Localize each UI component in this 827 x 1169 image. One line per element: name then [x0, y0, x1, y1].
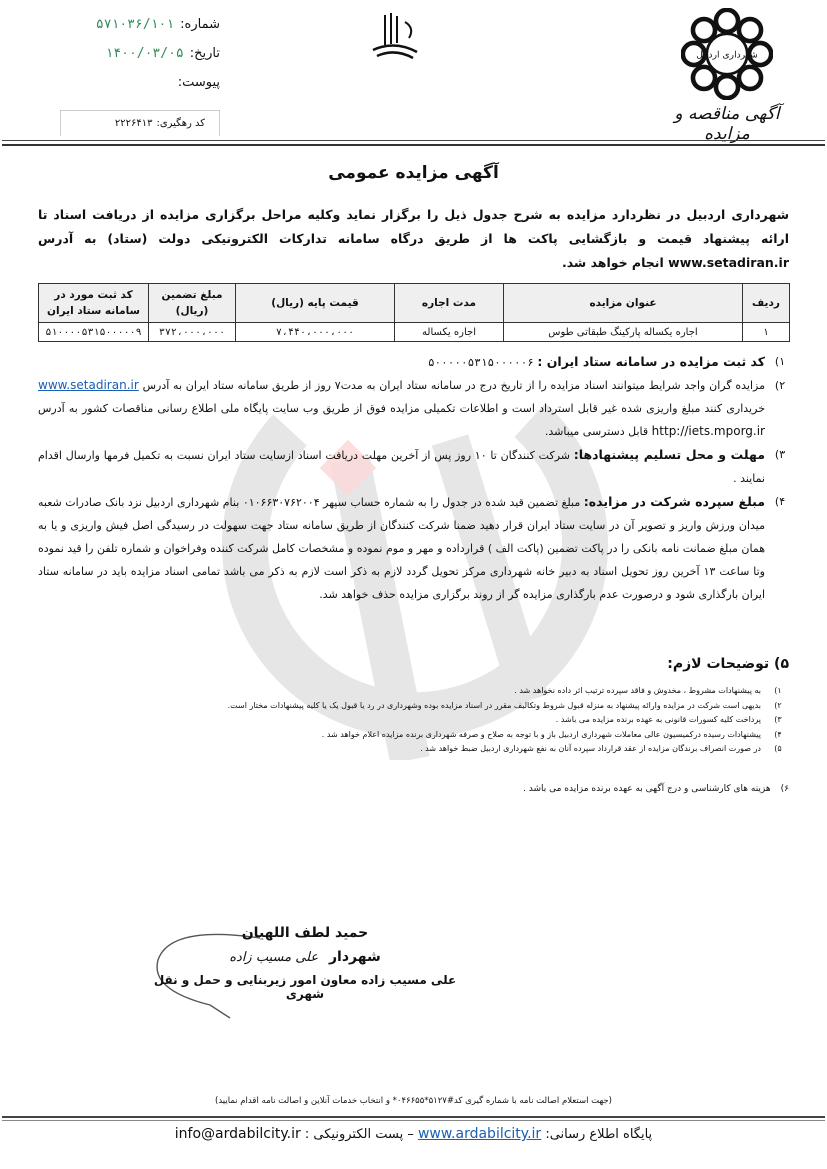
- col-base-price: قیمت پایه (ریال): [236, 284, 395, 323]
- letter-attachment: پیوست:: [60, 68, 220, 97]
- email-link[interactable]: info@ardabilcity.ir: [175, 1126, 301, 1142]
- conditions-list: ۱) کد ثبت مزایده در سامانه ستاد ایران : …: [38, 350, 789, 606]
- footer-contact: پایگاه اطلاع رسانی: www.ardabilcity.ir –…: [0, 1126, 827, 1142]
- list-item: ۶) هزینه های کارشناسی و درج آگهی به عهده…: [523, 784, 789, 794]
- list-item: ۳) مهلت و محل تسلیم پیشنهادها: شرکت کنند…: [38, 443, 789, 490]
- notes-list: ۱)به پیشنهادات مشروط ، مخدوش و فاقد سپرد…: [100, 684, 789, 757]
- header-divider-thick: [2, 144, 825, 146]
- signer-role: شهردار علی مسیب زاده: [150, 949, 460, 965]
- iets-link[interactable]: http://iets.mporg.ir: [652, 424, 765, 438]
- list-item: ۱)به پیشنهادات مشروط ، مخدوش و فاقد سپرد…: [100, 684, 789, 699]
- table-row: ۱ اجاره یکساله پارکینگ طبقاتی طوس اجاره …: [39, 323, 790, 342]
- letter-meta: شماره: ۵۷۱۰۳۶/۱۰۱ تاریخ: ۱۴۰۰/۰۳/۰۵ پیوس…: [60, 10, 220, 97]
- list-item: ۳)پرداخت کلیه کسورات قانونی به عهده برند…: [100, 713, 789, 728]
- setadiran-link[interactable]: www.setadiran.ir: [38, 378, 139, 392]
- calligraphy-icon: [365, 10, 425, 65]
- svg-text:شهرداری اردبیل: شهرداری اردبیل: [696, 50, 758, 61]
- notes-heading: ۵) توضیحات لازم:: [667, 656, 789, 672]
- tracking-code-box: کد رهگیری: ۲۲۲۶۴۱۳: [60, 110, 220, 136]
- footer-divider-thin: [2, 1120, 825, 1121]
- auction-table: ردیف عنوان مزایده مدت اجاره قیمت پایه (ر…: [38, 283, 790, 342]
- deputy-signature-line: علی مسیب زاده معاون امور زیربنایی و حمل …: [150, 973, 460, 1001]
- col-setad-code: کد ثبت مورد در سامانه ستاد ایران: [39, 284, 149, 323]
- handwritten-signature: علی مسیب زاده: [229, 950, 318, 965]
- letter-date: تاریخ: ۱۴۰۰/۰۳/۰۵: [60, 39, 220, 68]
- list-item: ۴)پیشنهادات رسیده درکمیسیون عالی معاملات…: [100, 728, 789, 743]
- footer-divider: [2, 1116, 825, 1118]
- letter-date-value: ۱۴۰۰/۰۳/۰۵: [105, 46, 183, 61]
- signature-block: حمید لطف اللهیان شهردار علی مسیب زاده عل…: [150, 925, 460, 1001]
- table-header-row: ردیف عنوان مزایده مدت اجاره قیمت پایه (ر…: [39, 284, 790, 323]
- header-divider: [2, 140, 825, 141]
- col-guarantee: مبلغ تضمین (ریال): [149, 284, 236, 323]
- col-auction-title: عنوان مزایده: [504, 284, 743, 323]
- list-item: ۵)در صورت انصراف برندگان مزایده از عقد ق…: [100, 742, 789, 757]
- col-row-number: ردیف: [743, 284, 790, 323]
- verification-note: (جهت استعلام اصالت نامه با شماره گیری کد…: [0, 1096, 827, 1106]
- col-lease-period: مدت اجاره: [395, 284, 504, 323]
- list-item: ۴) مبلغ سپرده شرکت در مزایده: مبلغ تضمین…: [38, 490, 789, 606]
- portal-link[interactable]: www.ardabilcity.ir: [418, 1126, 541, 1142]
- municipality-logo: شهرداری اردبیل آگهی مناقصه و مزایده: [667, 8, 787, 144]
- page-title: آگهی مزایده عمومی: [0, 163, 827, 183]
- ardabil-rosette-icon: شهرداری اردبیل: [681, 8, 773, 100]
- signer-name: حمید لطف اللهیان: [150, 925, 460, 941]
- tracking-code-value: ۲۲۲۶۴۱۳: [115, 118, 153, 129]
- logo-caption: آگهی مناقصه و مزایده: [667, 104, 787, 144]
- intro-paragraph: شهرداری اردبیل در نظردارد مزایده به شرح …: [38, 203, 789, 275]
- letter-number: شماره: ۵۷۱۰۳۶/۱۰۱: [60, 10, 220, 39]
- setadiran-link[interactable]: www.setadiran.ir: [668, 255, 789, 270]
- list-item: ۱) کد ثبت مزایده در سامانه ستاد ایران : …: [38, 350, 789, 374]
- list-item: ۲) مزایده گران واجد شرایط میتوانند اسناد…: [38, 374, 789, 443]
- list-item: ۲)بدیهی است شرکت در مزایده وارائه پیشنها…: [100, 699, 789, 714]
- letter-number-value: ۵۷۱۰۳۶/۱۰۱: [96, 17, 174, 32]
- setad-registration-code: ۵۰۰۰۰۰۵۳۱۵۰۰۰۰۰۶: [428, 356, 534, 369]
- bismillah-calligraphy: [365, 10, 425, 65]
